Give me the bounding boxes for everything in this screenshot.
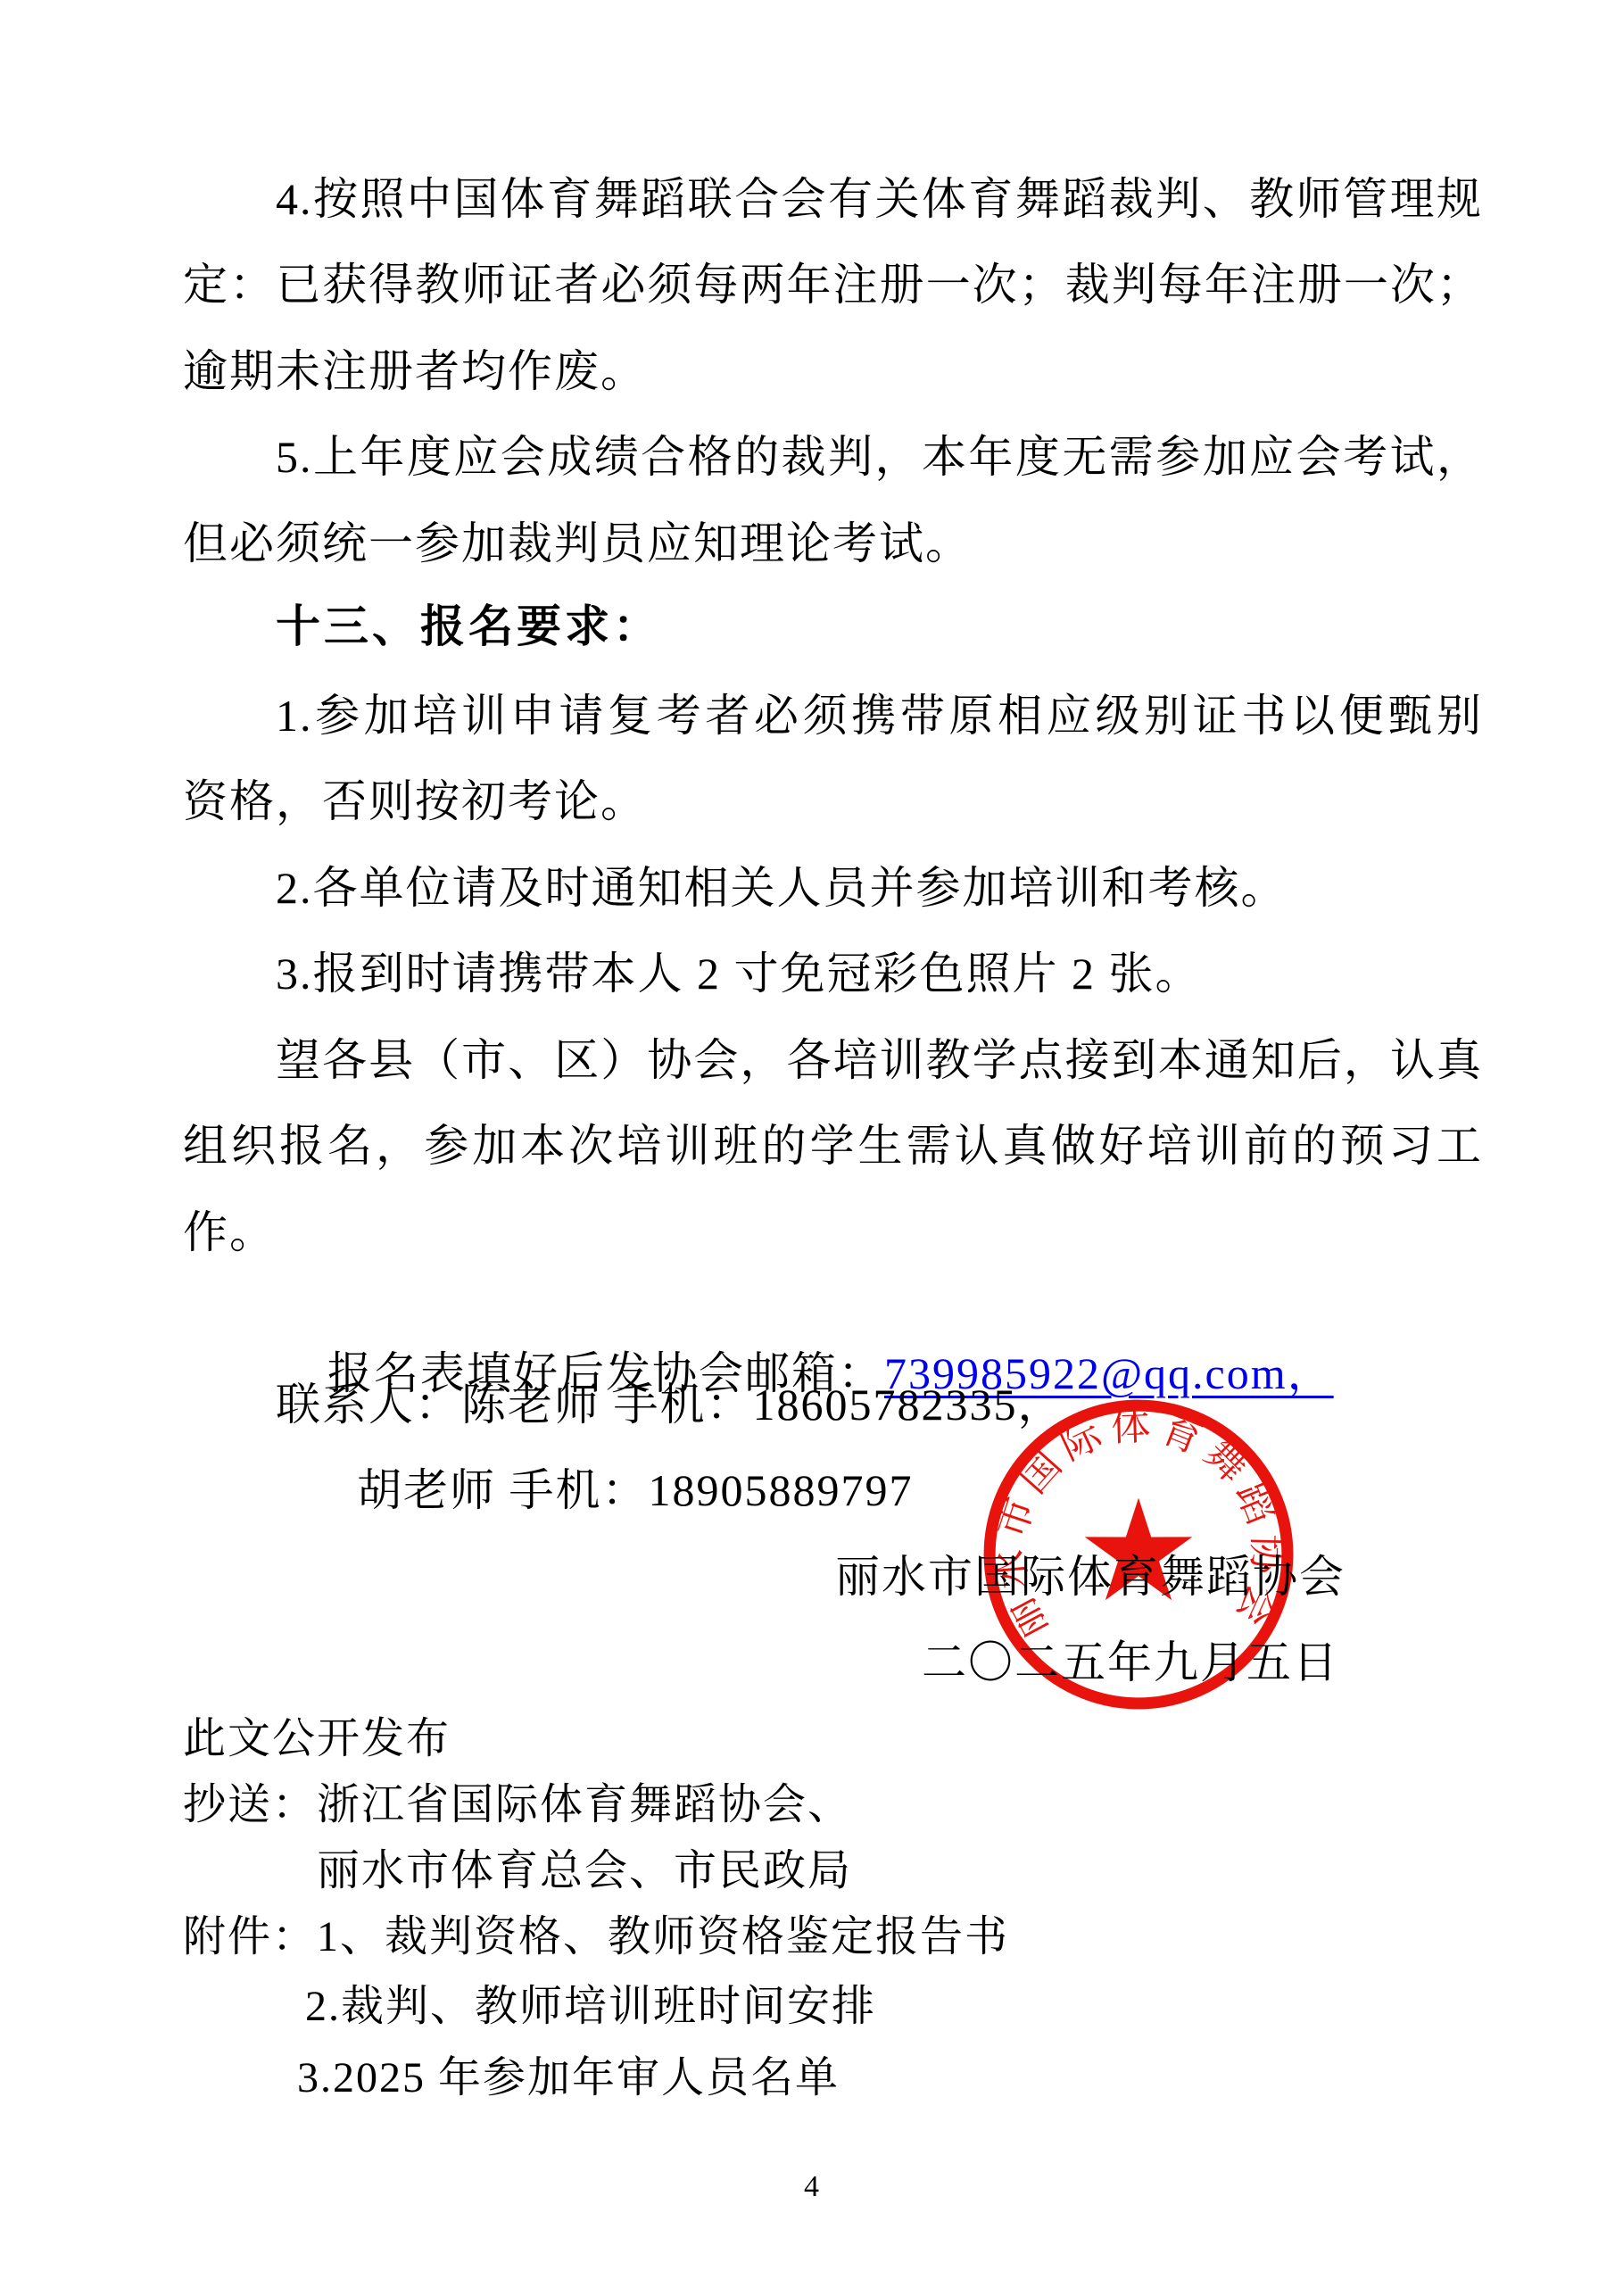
section-heading-13: 十三、报名要求： — [183, 599, 1483, 654]
contact-line-chen: 联系人：陈老师 手机：18605782335， — [183, 1377, 1483, 1432]
signature-line: 丽水市国际体育舞蹈协会 — [183, 1549, 1483, 1604]
attachment-line-3: 3.2025 年参加年审人员名单 — [183, 2052, 840, 2104]
paragraph-line: 望各县（市、区）协会，各培训教学点接到本通知后，认真 — [183, 1032, 1483, 1088]
paragraph-line: 定：已获得教师证者必须每两年注册一次；裁判每年注册一次； — [183, 257, 1483, 312]
paragraph-line: 资格，否则按初考论。 — [183, 774, 1483, 829]
paragraph-line: 5.上年度应会成绩合格的裁判，本年度无需参加应会考试， — [183, 429, 1483, 485]
cc-line-continued: 丽水市体育总会、市民政局 — [183, 1845, 852, 1897]
contact-line-hu: 胡老师 手机：18905889797 — [183, 1463, 1483, 1518]
paragraph-line: 4.按照中国体育舞蹈联合会有关体育舞蹈裁判、教师管理规 — [183, 171, 1483, 227]
paragraph-line: 2.各单位请及时通知相关人员并参加培训和考核。 — [183, 860, 1483, 916]
attachment-line-1: 附件：1、裁判资格、教师资格鉴定报告书 — [183, 1911, 1009, 1963]
paragraph-line: 但必须统一参加裁判员应知理论考试。 — [183, 516, 1483, 571]
paragraph-line: 逾期未注册者均作废。 — [183, 344, 1483, 399]
paragraph-line: 组织报名，参加本次培训班的学生需认真做好培训前的预习工 — [183, 1118, 1483, 1173]
paragraph-line: 1.参加培训申请复考者必须携带原相应级别证书以便甄别 — [183, 688, 1483, 743]
document-page: 4.按照中国体育舞蹈联合会有关体育舞蹈裁判、教师管理规 定：已获得教师证者必须每… — [0, 0, 1623, 2296]
paragraph-line: 3.报到时请携带本人 2 寸免冠彩色照片 2 张。 — [183, 946, 1483, 1001]
attachment-line-2: 2.裁判、教师培训班时间安排 — [183, 1981, 876, 2033]
page-number: 4 — [0, 2170, 1623, 2204]
cc-line: 抄送：浙江省国际体育舞蹈协会、 — [183, 1779, 852, 1831]
signature-date-line: 二〇二五年九月五日 — [183, 1635, 1483, 1690]
paragraph-line: 作。 — [183, 1205, 1483, 1260]
public-release-note: 此文公开发布 — [183, 1713, 451, 1765]
